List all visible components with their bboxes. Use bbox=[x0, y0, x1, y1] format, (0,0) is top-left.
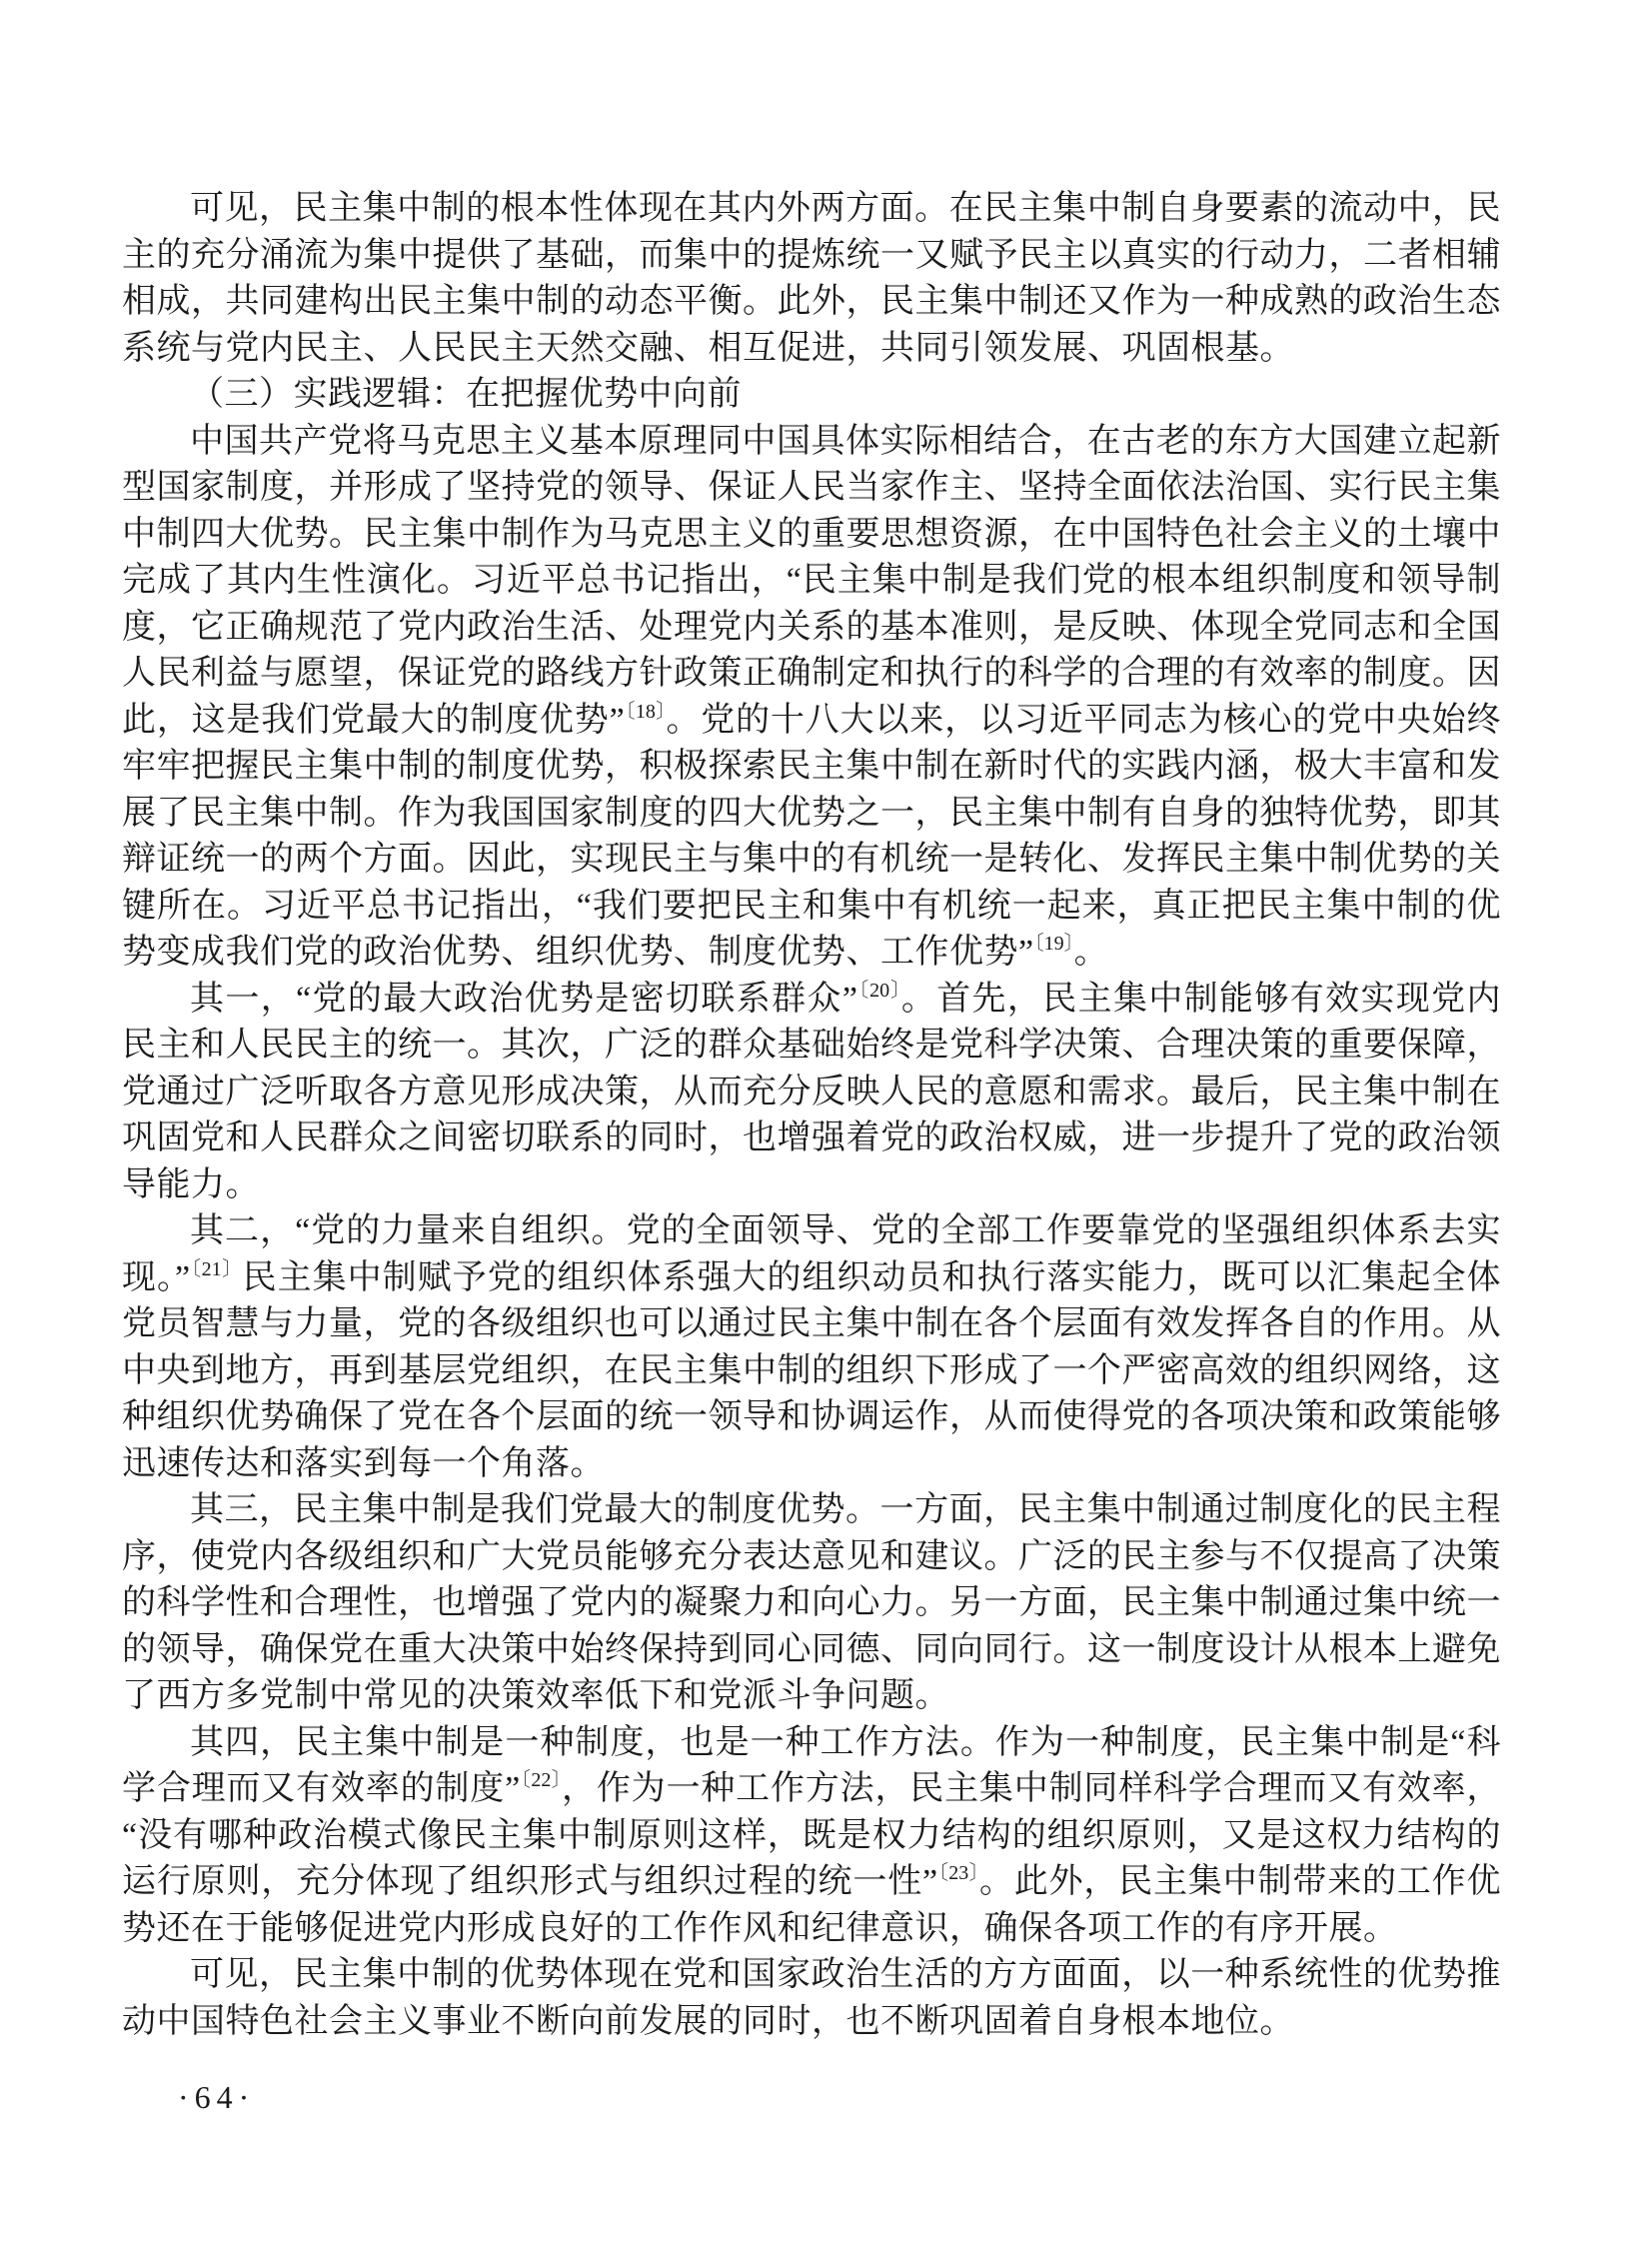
citation-ref: 〔19〕 bbox=[1034, 933, 1074, 955]
citation-ref: 〔23〕 bbox=[938, 1862, 979, 1884]
paragraph-point-one: 其一，“党的最大政治优势是密切联系群众”〔20〕。首先，民主集中制能够有效实现党… bbox=[122, 977, 1501, 1209]
page-number: ·64· bbox=[178, 2077, 255, 2117]
paragraph-point-three: 其三，民主集中制是我们党最大的制度优势。一方面，民主集中制通过制度化的民主程序，… bbox=[122, 1487, 1501, 1720]
citation-ref: 〔20〕 bbox=[857, 980, 900, 1002]
paragraph-point-four: 其四，民主集中制是一种制度，也是一种工作方法。作为一种制度，民主集中制是“科学合… bbox=[122, 1720, 1501, 1953]
paragraph-point-two: 其二，“党的力量来自组织。党的全面领导、党的全部工作要靠党的坚强组织体系去实现。… bbox=[122, 1208, 1501, 1487]
document-page: 可见，民主集中制的根本性体现在其内外两方面。在民主集中制自身要素的流动中，民主的… bbox=[0, 0, 1652, 2243]
document-body: 可见，民主集中制的根本性体现在其内外两方面。在民主集中制自身要素的流动中，民主的… bbox=[122, 186, 1501, 2045]
citation-ref: 〔18〕 bbox=[625, 701, 666, 723]
section-heading-practice-logic: （三）实践逻辑：在把握优势中向前 bbox=[122, 372, 1501, 419]
citation-ref: 〔22〕 bbox=[521, 1769, 562, 1791]
paragraph-practice-logic-intro: 中国共产党将马克思主义基本原理同中国具体实际相结合，在古老的东方大国建立起新型国… bbox=[122, 419, 1501, 977]
paragraph-section-conclusion: 可见，民主集中制的优势体现在党和国家政治生活的方方面面，以一种系统性的优势推动中… bbox=[122, 1952, 1501, 2045]
citation-ref: 〔21〕 bbox=[191, 1258, 243, 1280]
paragraph-conclusion-previous-section: 可见，民主集中制的根本性体现在其内外两方面。在民主集中制自身要素的流动中，民主的… bbox=[122, 186, 1501, 372]
